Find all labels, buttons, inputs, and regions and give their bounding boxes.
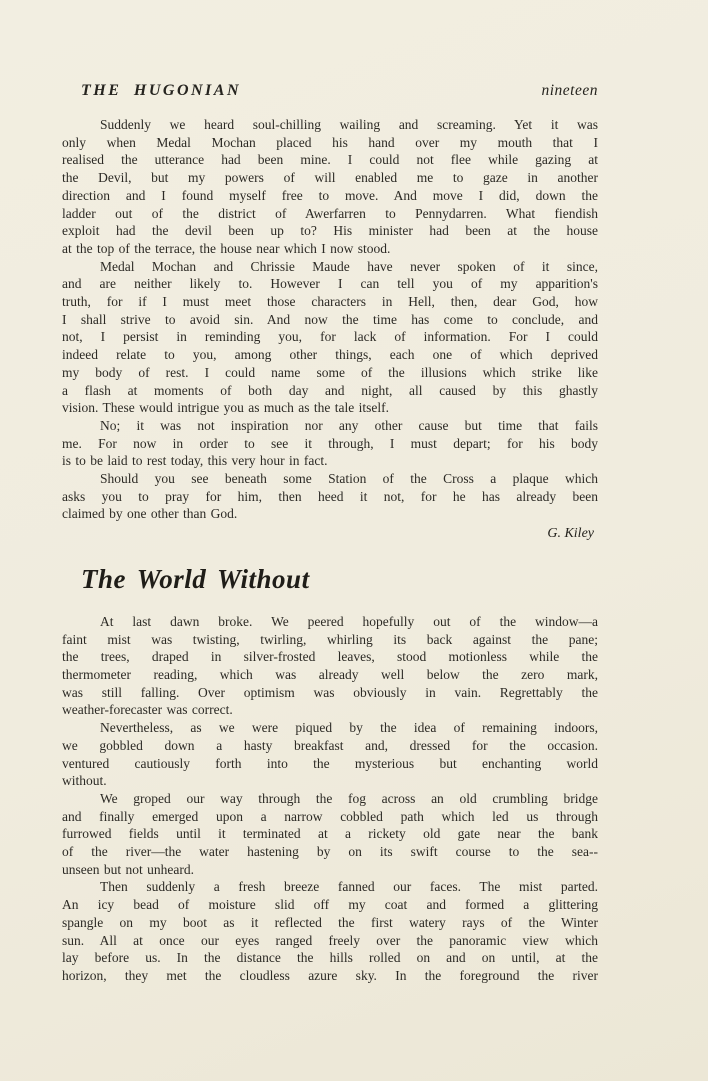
- paragraph: Then suddenly a fresh breeze fanned our …: [62, 878, 598, 984]
- text-line: horizon, they met the cloudless azure sk…: [62, 967, 598, 985]
- text-line: claimed by one other than God.: [62, 505, 598, 523]
- text-line: and are neither likely to. However I can…: [62, 275, 598, 293]
- text-line: unseen but not unheard.: [62, 861, 598, 879]
- text-line: I shall strive to avoid sin. And now the…: [62, 311, 598, 329]
- text-line: without.: [62, 772, 598, 790]
- paragraph: Suddenly we heard soul-chilling wailing …: [62, 116, 598, 258]
- text-line: An icy bead of moisture slid off my coat…: [62, 896, 598, 914]
- text-line: me. For now in order to see it through, …: [62, 435, 598, 453]
- paragraph: We groped our way through the fog across…: [62, 790, 598, 879]
- text-line: lay before us. In the distance the hills…: [62, 949, 598, 967]
- text-line: realised the utterance had been mine. I …: [62, 151, 598, 169]
- text-line: the Devil, but my powers of will enabled…: [62, 169, 598, 187]
- text-line: At last dawn broke. We peered hopefully …: [62, 613, 598, 631]
- text-line: faint mist was twisting, twirling, whirl…: [62, 631, 598, 649]
- magazine-page: THE HUGONIAN nineteen Suddenly we heard …: [0, 0, 708, 1081]
- text-line: ladder out of the district of Awerfarren…: [62, 205, 598, 223]
- text-line: at the top of the terrace, the house nea…: [62, 240, 598, 258]
- text-line: Nevertheless, as we were piqued by the i…: [62, 719, 598, 737]
- article-section: At last dawn broke. We peered hopefully …: [62, 613, 598, 985]
- text-line: indeed relate to you, among other things…: [62, 346, 598, 364]
- text-line: exploit had the devil been up to? His mi…: [62, 222, 598, 240]
- text-line: not, I persist in reminding you, for lac…: [62, 328, 598, 346]
- text-line: is to be laid to rest today, this very h…: [62, 452, 598, 470]
- journal-title: THE HUGONIAN: [62, 82, 241, 100]
- text-line: and finally emerged upon a narrow cobble…: [62, 808, 598, 826]
- story-end-section: Suddenly we heard soul-chilling wailing …: [62, 116, 598, 543]
- paragraph: Nevertheless, as we were piqued by the i…: [62, 719, 598, 790]
- text-line: we gobbled down a hasty breakfast and, d…: [62, 737, 598, 755]
- text-line: furrowed fields until it terminated at a…: [62, 825, 598, 843]
- author-byline: G. Kiley: [62, 525, 598, 543]
- text-line: sun. All at once our eyes ranged freely …: [62, 932, 598, 950]
- article-paragraphs: At last dawn broke. We peered hopefully …: [62, 613, 598, 985]
- text-line: No; it was not inspiration nor any other…: [62, 417, 598, 435]
- article-title: The World Without: [62, 564, 598, 594]
- text-line: of the river—the water hastening by on i…: [62, 843, 598, 861]
- paragraph: At last dawn broke. We peered hopefully …: [62, 613, 598, 719]
- text-line: thermometer reading, which was already w…: [62, 666, 598, 684]
- page-header: THE HUGONIAN nineteen: [62, 82, 598, 100]
- text-line: only when Medal Mochan placed his hand o…: [62, 134, 598, 152]
- text-line: asks you to pray for him, then heed it n…: [62, 488, 598, 506]
- text-line: my body of rest. I could name some of th…: [62, 364, 598, 382]
- text-line: Suddenly we heard soul-chilling wailing …: [62, 116, 598, 134]
- text-line: spangle on my boot as it reflected the f…: [62, 914, 598, 932]
- text-line: Should you see beneath some Station of t…: [62, 470, 598, 488]
- paragraph: No; it was not inspiration nor any other…: [62, 417, 598, 470]
- text-line: a flash at moments of both day and night…: [62, 382, 598, 400]
- text-line: the trees, draped in silver-frosted leav…: [62, 648, 598, 666]
- text-line: ventured cautiously forth into the myste…: [62, 755, 598, 773]
- text-line: was still falling. Over optimism was obv…: [62, 684, 598, 702]
- paragraph: Should you see beneath some Station of t…: [62, 470, 598, 523]
- page-number: nineteen: [541, 82, 598, 100]
- text-line: We groped our way through the fog across…: [62, 790, 598, 808]
- text-line: Then suddenly a fresh breeze fanned our …: [62, 878, 598, 896]
- text-line: Medal Mochan and Chrissie Maude have nev…: [62, 258, 598, 276]
- story-end-paragraphs: Suddenly we heard soul-chilling wailing …: [62, 116, 598, 523]
- text-line: direction and I found myself free to mov…: [62, 187, 598, 205]
- text-line: weather-forecaster was correct.: [62, 701, 598, 719]
- text-line: truth, for if I must meet those characte…: [62, 293, 598, 311]
- text-line: vision. These would intrigue you as much…: [62, 399, 598, 417]
- paragraph: Medal Mochan and Chrissie Maude have nev…: [62, 258, 598, 417]
